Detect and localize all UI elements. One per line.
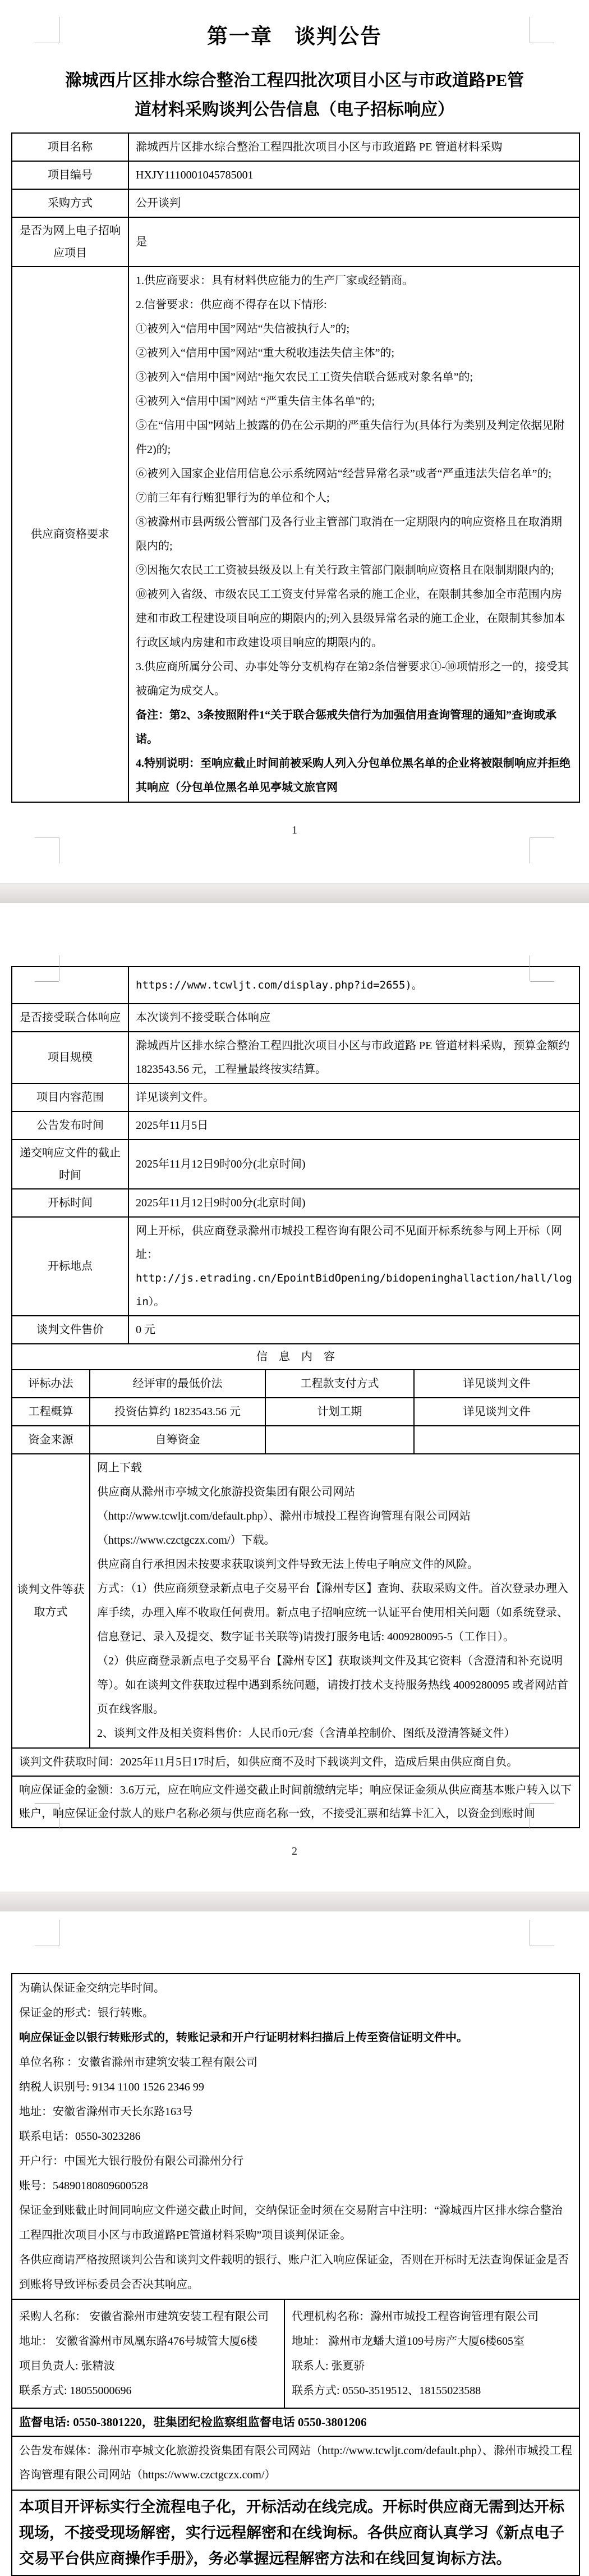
qualification-line: ①被列入“信用中国”网站“失信被执行人”的; bbox=[136, 317, 572, 341]
crop-mark bbox=[59, 955, 59, 981]
deposit-bank: 开户行：中国光大银行股份有限公司滁州分行 bbox=[19, 2149, 572, 2174]
deposit-remark-note: 保证金到账截止时间同响应文件递交截止时间，交纳保证金时须在交易附言中注明：“滁城… bbox=[19, 2198, 572, 2248]
crop-mark bbox=[59, 1920, 59, 1946]
row-label: 项目规模 bbox=[12, 1032, 128, 1083]
deposit-address: 地址：安徽省滁州市天长东路163号 bbox=[19, 2099, 572, 2124]
cell-label: 资金来源 bbox=[12, 1426, 90, 1454]
row-value: 2025年11月5日 bbox=[128, 1111, 579, 1140]
row-final-notice: 本项目开评标实行全流程电子化，开标活动在线完成。开标时供应商无需到达开标现场，不… bbox=[12, 2490, 579, 2575]
purchaser-manager: 项目负责人: 张精波 bbox=[19, 2354, 277, 2378]
crop-mark bbox=[35, 981, 59, 982]
deposit-warning: 各供应商请严格按照谈判公告和谈判文件载明的银行、账户汇入响应保证金，否则在开标时… bbox=[19, 2248, 572, 2297]
crop-mark bbox=[35, 1803, 59, 1804]
supervision-phone: 监督电话: 0550-3801220，驻集团纪检监察组监督电话 0550-380… bbox=[12, 2408, 579, 2436]
qualification-line: 2.信誉要求：供应商不得存在以下情形: bbox=[136, 293, 572, 317]
row-document-obtain-time: 谈判文件获取时间：2025年11月5日17时后，如供应商不及时下载谈判文件，造成… bbox=[12, 1748, 579, 1776]
row-value: 网上开标，供应商登录滁州市城投工程咨询有限公司不见面开标系统参与网上开标（网址：… bbox=[128, 1217, 579, 1316]
deposit-line: 保证金的形式：银行转账。 bbox=[19, 2001, 572, 2025]
project-info-table: 项目名称 滁城西片区排水综合整治工程四批次项目小区与市政道路 PE 管道材料采购… bbox=[11, 132, 580, 803]
crop-mark bbox=[35, 43, 59, 43]
qualification-line: ⑧被滁州市县两级公管部门及各行业主管部门取消在一定期限内的响应资格且在取消期限内… bbox=[136, 510, 572, 559]
obtain-line: 2、谈判文件及相关资料售价：人民币0元/套（含清单控制价、图纸及澄清答疑文件） bbox=[97, 1722, 572, 1746]
row-label: 谈判文件售价 bbox=[12, 1316, 128, 1344]
qualification-note: 备注：第2、3条按照附件1“关于联合惩戒失信行为加强信用查询管理的通知”查询或承… bbox=[136, 703, 572, 752]
deposit-phone: 联系电话：0550-3023286 bbox=[19, 2124, 572, 2149]
obtain-line: 供应商从滁州市亭城文化旅游投资集团有限公司网站 bbox=[97, 1480, 572, 1504]
announcement-table-page3: 为确认保证金交纳完毕时间。 保证金的形式：银行转账。 响应保证金以银行转账形式的… bbox=[11, 1973, 580, 2576]
cell-value: 详见谈判文件 bbox=[414, 1370, 579, 1398]
agency-name: 代理机构名称：滁州市城投工程咨询管理有限公司 bbox=[292, 2304, 572, 2329]
doc-subtitle: 滁城西片区排水综合整治工程四批次项目小区与市政道路PE管道材料采购谈判公告信息（… bbox=[57, 66, 532, 125]
crop-mark bbox=[530, 838, 554, 838]
cell-label: 计划工期 bbox=[265, 1398, 414, 1426]
crop-mark bbox=[530, 1920, 530, 1946]
purchaser-address: 地址： 安徽省滁州市凤凰东路476号城管大厦6楼 bbox=[19, 2329, 277, 2354]
qualification-line: ⑤在“信用中国”网站上披露的仍在公示期的严重失信行为(具体行为类别及判定依据见附… bbox=[136, 414, 572, 462]
row-value: 网上下载 供应商从滁州市亭城文化旅游投资集团有限公司网站 （http://www… bbox=[90, 1454, 579, 1748]
row-value: 1.供应商要求：具有材料供应能力的生产厂家或经销商。 2.信誉要求：供应商不得存… bbox=[128, 267, 579, 802]
row-is-electronic: 是否为网上电子招响应项目 是 bbox=[12, 217, 579, 267]
document-obtain-time: 谈判文件获取时间：2025年11月5日17时后，如供应商不及时下载谈判文件，造成… bbox=[12, 1748, 579, 1776]
tender-announcement-document: 第一章 谈判公告 滁城西片区排水综合整治工程四批次项目小区与市政道路PE管道材料… bbox=[0, 0, 589, 2576]
obtain-line: 方式：（1）供应商须登录新点电子交易平台【滁州专区】查询、获取采购文件。首次登录… bbox=[97, 1577, 572, 1649]
row-publish-time: 公告发布时间 2025年11月5日 bbox=[12, 1111, 579, 1140]
row-contacts: 采购人名称： 安徽省滁州市建筑安装工程有限公司 地址： 安徽省滁州市凤凰东路47… bbox=[12, 2299, 579, 2408]
row-document-price: 谈判文件售价 0 元 bbox=[12, 1316, 579, 1344]
obtain-line: 供应商自行承担因未按要求获取谈判文件导致无法上传电子响应文件的风险。 bbox=[97, 1553, 572, 1577]
crop-mark bbox=[530, 1946, 554, 1946]
page-break-divider bbox=[0, 884, 589, 903]
page-break-divider bbox=[0, 1892, 589, 1911]
obtain-line: （https://www.czctgczx.com/）下载。 bbox=[97, 1529, 572, 1553]
qualification-line: ⑥被列入国家企业信用信息公示系统网站“经营异常名录”或者“严重违法失信名单”的; bbox=[136, 462, 572, 486]
purchaser-phone: 联系方式: 18055000696 bbox=[19, 2378, 277, 2403]
electronic-process-notice: 本项目开评标实行全流程电子化，开标活动在线完成。开标时供应商无需到达开标现场，不… bbox=[12, 2490, 579, 2575]
cell-label: 工程款支付方式 bbox=[265, 1370, 414, 1398]
row-supplier-qualifications: 供应商资格要求 1.供应商要求：具有材料供应能力的生产厂家或经销商。 2.信誉要… bbox=[12, 267, 579, 802]
cell-label bbox=[265, 1426, 414, 1454]
obtain-line: （2）供应商登录新点电子交易平台【滁州专区】获取谈判文件及其它资料（含澄清和补充… bbox=[97, 1649, 572, 1722]
row-label: 采购方式 bbox=[12, 189, 128, 217]
row-label: 项目内容范围 bbox=[12, 1083, 128, 1111]
row-label: 项目编号 bbox=[12, 161, 128, 189]
row-label: 是否为网上电子招响应项目 bbox=[12, 217, 128, 267]
deposit-account-name: 单位名称 ：安徽省滁州市建筑安装工程有限公司 bbox=[19, 2050, 572, 2075]
obtain-line: 网上下载 bbox=[97, 1456, 572, 1480]
cell-value: 自筹资金 bbox=[90, 1426, 265, 1454]
announcement-table-page2-lower: 信息内容 评标办法 经评审的最低价法 工程款支付方式 详见谈判文件 工程概算 投… bbox=[11, 1343, 580, 1828]
announcement-table-page2-upper: https://www.tcwljt.com/display.php?id=26… bbox=[11, 966, 580, 1344]
qualification-line: ③被列入“信用中国”网站“拖欠农民工工资失信联合惩戒对象名单”的; bbox=[136, 365, 572, 390]
crop-mark bbox=[530, 981, 554, 982]
row-supervision-phone: 监督电话: 0550-3801220，驻集团纪检监察组监督电话 0550-380… bbox=[12, 2408, 579, 2436]
qualification-line: 1.供应商要求：具有材料供应能力的生产厂家或经销商。 bbox=[136, 269, 572, 293]
page-number: 1 bbox=[0, 823, 589, 838]
deposit-line: 为确认保证金交纳完毕时间。 bbox=[19, 1976, 572, 2001]
crop-mark bbox=[530, 1803, 554, 1804]
row-submission-deadline: 递交响应文件的截止时间 2025年11月12日9时00分(北京时间) bbox=[12, 1140, 579, 1189]
row-value: 2025年11月12日9时00分(北京时间) bbox=[128, 1140, 579, 1189]
row-value: 本次谈判不接受联合体响应 bbox=[128, 1004, 579, 1032]
deposit-account-number: 账号：54890180809600528 bbox=[19, 2174, 572, 2198]
row-label: 是否接受联合体响应 bbox=[12, 1004, 128, 1032]
agency-contact-person: 联系人: 张夏骄 bbox=[292, 2354, 572, 2378]
row-label: 递交响应文件的截止时间 bbox=[12, 1140, 128, 1189]
qualification-line: ②被列入“信用中国”网站“重大税收违法失信主体”的; bbox=[136, 341, 572, 365]
crop-mark bbox=[35, 838, 59, 838]
row-publish-media: 公告发布媒体：滁州市亭城文化旅游投资集团有限公司网站（http://www.tc… bbox=[12, 2436, 579, 2490]
crop-mark bbox=[530, 955, 530, 981]
row-project-scale: 项目规模 滁城西片区排水综合整治工程四批次项目小区与市政道路 PE 管道材料采购… bbox=[12, 1032, 579, 1083]
qualification-line: ④被列入“信用中国”网站 “严重失信主体名单”的; bbox=[136, 390, 572, 414]
row-label: 开标地点 bbox=[12, 1217, 128, 1316]
qualification-special-note: 4.特别说明：至响应截止时间前被采购人列入分包单位黑名单的企业将被限制响应并拒绝… bbox=[136, 752, 572, 800]
chapter-title: 第一章 谈判公告 bbox=[0, 19, 589, 49]
row-label: 项目名称 bbox=[12, 133, 128, 161]
row-label: 开标时间 bbox=[12, 1189, 128, 1217]
cell-value: 投资估算约 1823543.56 元 bbox=[90, 1398, 265, 1426]
purchaser-contact-block: 采购人名称： 安徽省滁州市建筑安装工程有限公司 地址： 安徽省滁州市凤凰东路47… bbox=[12, 2299, 284, 2408]
crop-mark bbox=[59, 1803, 59, 1829]
cell-value bbox=[414, 1426, 579, 1454]
cell-label-empty bbox=[12, 967, 128, 1004]
row-label: 供应商资格要求 bbox=[12, 267, 128, 802]
crop-mark bbox=[530, 17, 530, 43]
cell-value: 详见谈判文件 bbox=[414, 1398, 579, 1426]
crop-mark bbox=[530, 1803, 530, 1829]
crop-mark bbox=[59, 838, 59, 863]
row-project-number: 项目编号 HXJY1110001045785001 bbox=[12, 161, 579, 189]
row-bid-opening-place: 开标地点 网上开标，供应商登录滁州市城投工程咨询有限公司不见面开标系统参与网上开… bbox=[12, 1217, 579, 1316]
row-label: 公告发布时间 bbox=[12, 1111, 128, 1140]
row-deposit-amount: 响应保证金的金额：3.6万元，应在响应文件递交截止时间前缴纳完毕；响应保证金须从… bbox=[12, 1776, 579, 1828]
deposit-amount-text: 响应保证金的金额：3.6万元，应在响应文件递交截止时间前缴纳完毕；响应保证金须从… bbox=[12, 1776, 579, 1828]
crop-mark bbox=[530, 838, 530, 863]
publish-media: 公告发布媒体：滁州市亭城文化旅游投资集团有限公司网站（http://www.tc… bbox=[12, 2436, 579, 2490]
blacklist-url: https://www.tcwljt.com/display.php?id=26… bbox=[128, 967, 579, 1004]
row-project-name: 项目名称 滁城西片区排水综合整治工程四批次项目小区与市政道路 PE 管道材料采购 bbox=[12, 133, 579, 161]
row-value: 是 bbox=[128, 217, 579, 267]
crop-mark bbox=[59, 17, 59, 43]
qualification-line: ⑩被列入省级、市级农民工工资支付异常名录的施工企业，在限制其参加全市范围内房建和… bbox=[136, 583, 572, 655]
row-funding-source: 资金来源 自筹资金 bbox=[12, 1426, 579, 1454]
row-bid-opening-time: 开标时间 2025年11月12日9时00分(北京时间) bbox=[12, 1189, 579, 1217]
deposit-details: 为确认保证金交纳完毕时间。 保证金的形式：银行转账。 响应保证金以银行转账形式的… bbox=[12, 1974, 579, 2299]
row-blacklist-url: https://www.tcwljt.com/display.php?id=26… bbox=[12, 967, 579, 1004]
row-procurement-method: 采购方式 公开谈判 bbox=[12, 189, 579, 217]
row-value: 详见谈判文件。 bbox=[128, 1083, 579, 1111]
row-evaluation-method: 评标办法 经评审的最低价法 工程款支付方式 详见谈判文件 bbox=[12, 1370, 579, 1398]
row-budget: 工程概算 投资估算约 1823543.56 元 计划工期 详见谈判文件 bbox=[12, 1398, 579, 1426]
opening-place-text: 网上开标，供应商登录滁州市城投工程咨询有限公司不见面开标系统参与网上开标（网址： bbox=[136, 1219, 572, 1266]
row-value: HXJY1110001045785001 bbox=[128, 161, 579, 189]
row-value: 2025年11月12日9时00分(北京时间) bbox=[128, 1189, 579, 1217]
qualification-line: ⑨因拖欠农民工工资被县级及以上有关行政主管部门限制响应资格且在限制期限内的; bbox=[136, 559, 572, 583]
agency-address: 地址： 滁州市龙蟠大道109号房产大厦6楼605室 bbox=[292, 2329, 572, 2354]
crop-mark bbox=[530, 43, 554, 43]
row-document-obtain: 谈判文件等获取方式 网上下载 供应商从滁州市亭城文化旅游投资集团有限公司网站 （… bbox=[12, 1454, 579, 1748]
row-value: 滁城西片区排水综合整治工程四批次项目小区与市政道路 PE 管道材料采购 bbox=[128, 133, 579, 161]
row-project-scope: 项目内容范围 详见谈判文件。 bbox=[12, 1083, 579, 1111]
row-label: 谈判文件等获取方式 bbox=[12, 1454, 90, 1748]
qualification-line: ⑦前三年有行贿犯罪行为的单位和个人; bbox=[136, 486, 572, 510]
deposit-transfer-note: 响应保证金以银行转账形式的，转账记录和开户行证明材料扫描后上传至资信证明文件中。 bbox=[19, 2025, 572, 2050]
opening-hall-url: http://js.etrading.cn/EpointBidOpening/b… bbox=[136, 1266, 572, 1314]
cell-label: 工程概算 bbox=[12, 1398, 90, 1426]
row-value: 0 元 bbox=[128, 1316, 579, 1344]
row-value: 滁城西片区排水综合整治工程四批次项目小区与市政道路 PE 管道材料采购，预算金额… bbox=[128, 1032, 579, 1083]
cell-value: 经评审的最低价法 bbox=[90, 1370, 265, 1398]
agency-phone: 联系方式: 0550-3519512、18155023588 bbox=[292, 2378, 572, 2403]
crop-mark bbox=[35, 1946, 59, 1946]
row-deposit-details: 为确认保证金交纳完毕时间。 保证金的形式：银行转账。 响应保证金以银行转账形式的… bbox=[12, 1974, 579, 2299]
qualification-line: 3.供应商所属分公司、办事处等分支机构存在第2条信誉要求①-⑩项情形之一的，接受… bbox=[136, 655, 572, 703]
section-header: 信息内容 bbox=[12, 1344, 579, 1370]
cell-label: 评标办法 bbox=[12, 1370, 90, 1398]
row-info-content-header: 信息内容 bbox=[12, 1344, 579, 1370]
purchaser-name: 采购人名称： 安徽省滁州市建筑安装工程有限公司 bbox=[19, 2304, 277, 2329]
row-value: 公开谈判 bbox=[128, 189, 579, 217]
row-consortium: 是否接受联合体响应 本次谈判不接受联合体响应 bbox=[12, 1004, 579, 1032]
page-number: 2 bbox=[0, 1844, 589, 1859]
obtain-line: （http://www.tcwljt.com/default.php）、滁州市城… bbox=[97, 1504, 572, 1529]
agency-contact-block: 代理机构名称：滁州市城投工程咨询管理有限公司 地址： 滁州市龙蟠大道109号房产… bbox=[284, 2299, 579, 2408]
deposit-taxpayer-id: 纳税人识别号: 9134 1100 1526 2346 99 bbox=[19, 2075, 572, 2099]
